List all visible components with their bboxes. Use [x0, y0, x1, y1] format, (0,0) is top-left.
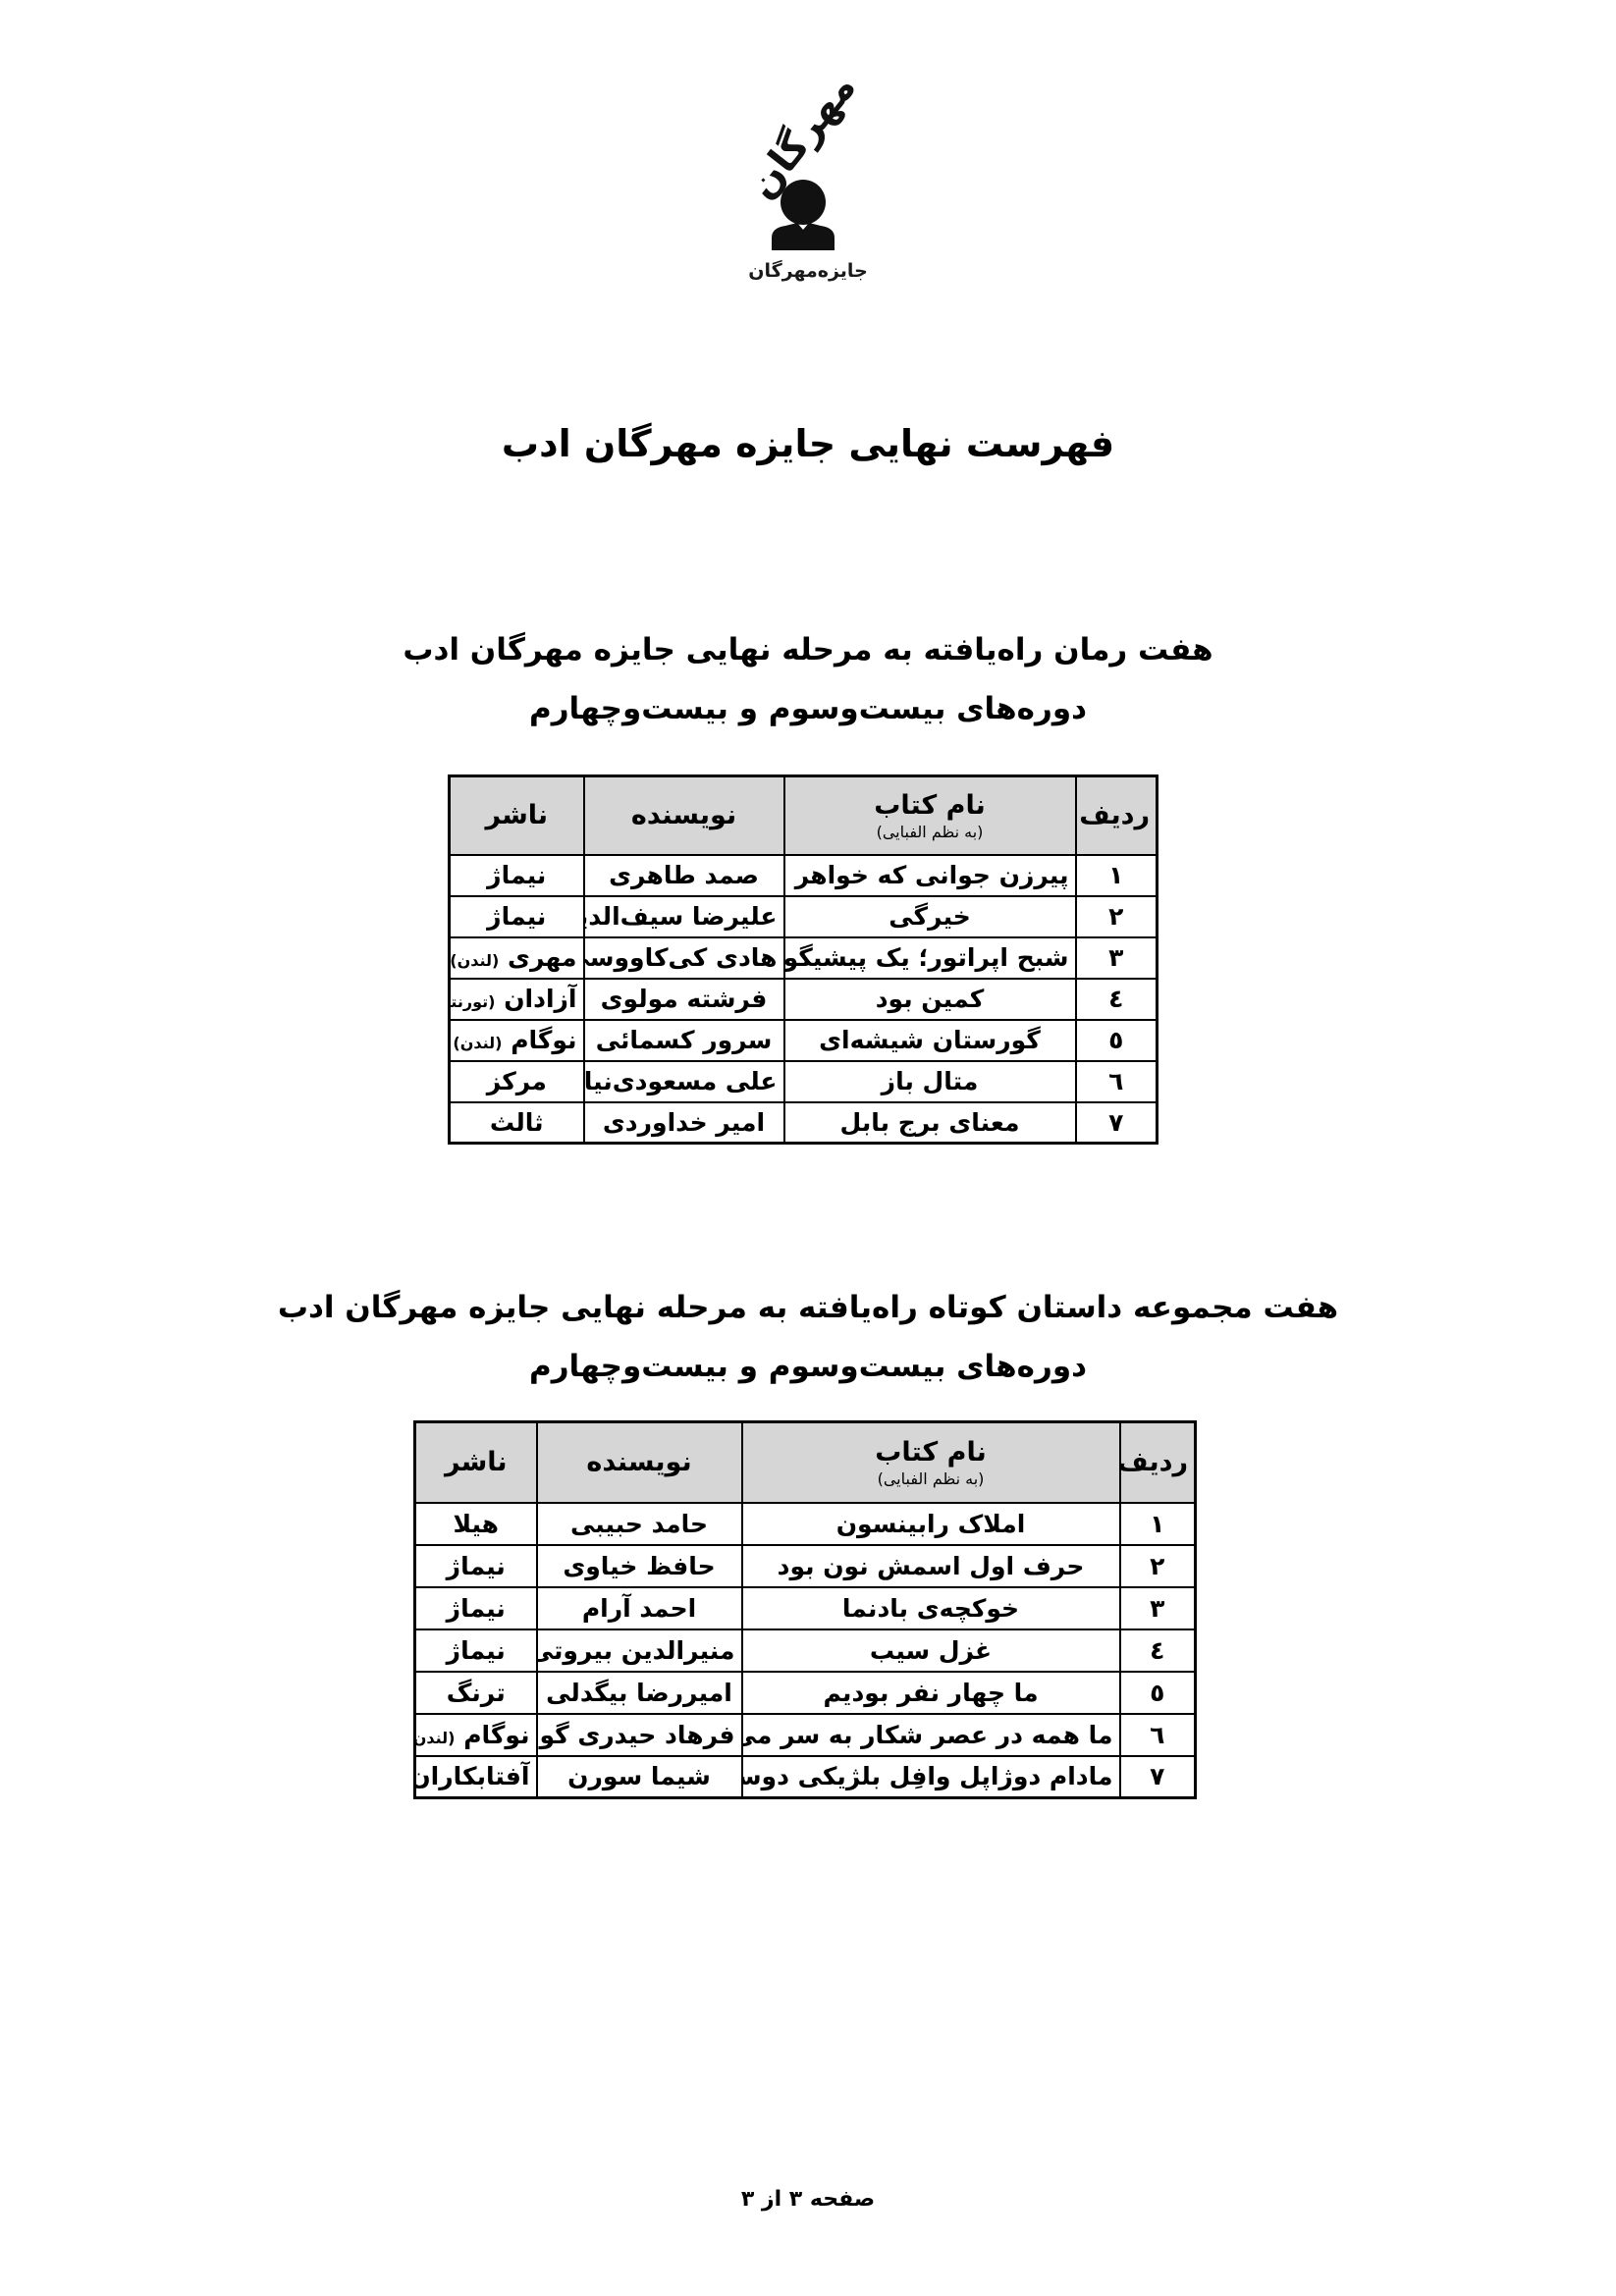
row-number-cell: ٦	[1076, 1061, 1158, 1102]
publisher-cell: مهری (لندن)	[450, 937, 584, 979]
author-cell: حافظ خیاوی	[537, 1545, 742, 1587]
book-title-cell: کمین بود	[784, 979, 1076, 1020]
book-title-cell: معنای برج بابل	[784, 1102, 1076, 1144]
author-cell: صمد طاهری	[584, 855, 784, 896]
row-number-cell: ٤	[1076, 979, 1158, 1020]
publisher-cell: نوگام (لندن)	[450, 1020, 584, 1061]
table-row: ٣ خوکچه‌ی بادنما احمد آرام نیماژ	[415, 1587, 1196, 1629]
author-cell: امیررضا بیگدلی	[537, 1672, 742, 1714]
col-header-book-title-main: نام کتاب	[875, 1437, 986, 1468]
publisher-name: نیماژ	[487, 861, 546, 889]
section-heading-short-stories-line1: هفت مجموعه داستان کوتاه راه‌یافته به مرح…	[0, 1278, 1616, 1337]
table-header-row: ردیف نام کتاب (به نظم الفبایی) نویسنده ن…	[415, 1422, 1196, 1503]
publisher-cell: ثالث	[450, 1102, 584, 1144]
table-row: ٢ خیرگی علیرضا سیف‌الدینی نیماژ	[450, 896, 1158, 937]
table-row: ٥ ما چهار نفر بودیم امیررضا بیگدلی ترنگ	[415, 1672, 1196, 1714]
table-row: ٦ ما همه در عصر شکار به سر می‌بریم فرهاد…	[415, 1714, 1196, 1756]
book-title-cell: متال باز	[784, 1061, 1076, 1102]
author-cell: علیرضا سیف‌الدینی	[584, 896, 784, 937]
mehregan-logo: مهرگان جایزه‌مهرگان	[0, 45, 1616, 282]
publisher-name: هیلا	[453, 1510, 499, 1538]
publisher-city-note: (لندن)	[450, 951, 499, 970]
publisher-cell: آفتابکاران	[415, 1756, 537, 1798]
publisher-cell: نیماژ	[450, 896, 584, 937]
publisher-cell: نیماژ	[415, 1629, 537, 1672]
author-cell: شیما سورن	[537, 1756, 742, 1798]
section-heading-novels: هفت رمان راه‌یافته به مرحله نهایی جایزه …	[0, 620, 1616, 738]
row-number-cell: ٦	[1120, 1714, 1196, 1756]
col-header-row-number: ردیف	[1120, 1422, 1196, 1503]
publisher-cell: نیماژ	[415, 1587, 537, 1629]
row-number-cell: ٧	[1120, 1756, 1196, 1798]
publisher-name: نوگام	[463, 1721, 529, 1749]
publisher-cell: آزادان (تورنتو)	[450, 979, 584, 1020]
col-header-book-title: نام کتاب (به نظم الفبایی)	[784, 776, 1076, 855]
table-header-row: ردیف نام کتاب (به نظم الفبایی) نویسنده ن…	[450, 776, 1158, 855]
author-cell: حامد حبیبی	[537, 1503, 742, 1545]
book-title-cell: ما همه در عصر شکار به سر می‌بریم	[742, 1714, 1120, 1756]
publisher-city-note: (لندن)	[453, 1034, 502, 1052]
publisher-name: نوگام	[511, 1026, 576, 1054]
row-number-cell: ٣	[1120, 1587, 1196, 1629]
finalists-table-novels: ردیف نام کتاب (به نظم الفبایی) نویسنده ن…	[448, 774, 1158, 1145]
author-cell: سرور کسمائی	[584, 1020, 784, 1061]
author-cell: منیرالدین بیروتی	[537, 1629, 742, 1672]
table-row: ٦ متال باز علی مسعودی‌نیا مرکز	[450, 1061, 1158, 1102]
logo-bust-base	[772, 223, 835, 250]
publisher-cell: ترنگ	[415, 1672, 537, 1714]
col-header-row-number: ردیف	[1076, 776, 1158, 855]
author-cell: احمد آرام	[537, 1587, 742, 1629]
publisher-name: نیماژ	[447, 1552, 506, 1580]
table-row: ٧ معنای برج بابل امیر خداوردی ثالث	[450, 1102, 1158, 1144]
section-heading-novels-line1: هفت رمان راه‌یافته به مرحله نهایی جایزه …	[0, 620, 1616, 679]
book-title-cell: پیرزن جوانی که خواهر من بود	[784, 855, 1076, 896]
publisher-name: نیماژ	[487, 902, 546, 931]
col-header-book-title-sub: (به نظم الفبایی)	[791, 823, 1069, 841]
book-title-cell: خوکچه‌ی بادنما	[742, 1587, 1120, 1629]
section-heading-short-stories: هفت مجموعه داستان کوتاه راه‌یافته به مرح…	[0, 1278, 1616, 1396]
col-header-book-title-main: نام کتاب	[874, 790, 985, 821]
book-title-cell: خیرگی	[784, 896, 1076, 937]
table-row: ٥ گورستان شیشه‌ای سرور کسمائی نوگام (لند…	[450, 1020, 1158, 1061]
table-row: ١ املاک رابینسون حامد حبیبی هیلا	[415, 1503, 1196, 1545]
row-number-cell: ٤	[1120, 1629, 1196, 1672]
logo-caption: جایزه‌مهرگان	[748, 260, 868, 282]
publisher-name: ترنگ	[447, 1679, 506, 1707]
publisher-name: آزادان	[504, 985, 576, 1013]
publisher-cell: هیلا	[415, 1503, 537, 1545]
publisher-name: آفتابکاران	[415, 1762, 530, 1790]
book-title-cell: شبح اپراتور؛ یک پیشیگویی	[784, 937, 1076, 979]
publisher-name: نیماژ	[447, 1594, 506, 1623]
document-page: مهرگان جایزه‌مهرگان فهرست نهایی جایزه مه…	[0, 0, 1616, 2296]
col-header-book-title-sub: (به نظم الفبایی)	[749, 1469, 1113, 1488]
author-cell: فرهاد حیدری گوران	[537, 1714, 742, 1756]
table-row: ٧ مادام دوژاپل وافِل بلژیکی دوست داشت شی…	[415, 1756, 1196, 1798]
book-title-cell: ما چهار نفر بودیم	[742, 1672, 1120, 1714]
section-heading-short-stories-line2: دوره‌های بیست‌وسوم و بیست‌وچهارم	[0, 1337, 1616, 1396]
publisher-name: مهری	[508, 943, 576, 972]
finalists-table-short-stories: ردیف نام کتاب (به نظم الفبایی) نویسنده ن…	[413, 1420, 1197, 1799]
publisher-cell: مرکز	[450, 1061, 584, 1102]
publisher-cell: نیماژ	[450, 855, 584, 896]
publisher-cell: نوگام (لندن)	[415, 1714, 537, 1756]
publisher-cell: نیماژ	[415, 1545, 537, 1587]
row-number-cell: ٥	[1076, 1020, 1158, 1061]
publisher-name: مرکز	[487, 1067, 547, 1095]
section-heading-novels-line2: دوره‌های بیست‌وسوم و بیست‌وچهارم	[0, 679, 1616, 738]
table-row: ٣ شبح اپراتور؛ یک پیشیگویی هادی کی‌کاووس…	[450, 937, 1158, 979]
book-title-cell: مادام دوژاپل وافِل بلژیکی دوست داشت	[742, 1756, 1120, 1798]
author-cell: امیر خداوردی	[584, 1102, 784, 1144]
table-row: ٢ حرف اول اسمش نون بود حافظ خیاوی نیماژ	[415, 1545, 1196, 1587]
col-header-book-title: نام کتاب (به نظم الفبایی)	[742, 1422, 1120, 1503]
book-title-cell: املاک رابینسون	[742, 1503, 1120, 1545]
publisher-name: نیماژ	[447, 1636, 506, 1665]
author-cell: فرشته مولوی	[584, 979, 784, 1020]
col-header-publisher: ناشر	[415, 1422, 537, 1503]
publisher-name: ثالث	[490, 1108, 544, 1137]
table-row: ٤ کمین بود فرشته مولوی آزادان (تورنتو)	[450, 979, 1158, 1020]
publisher-city-note: (لندن)	[415, 1729, 456, 1747]
page-number-footer: صفحه ٣ از ٣	[0, 2187, 1616, 2212]
row-number-cell: ٥	[1120, 1672, 1196, 1714]
table-row: ٤ غزل سیب منیرالدین بیروتی نیماژ	[415, 1629, 1196, 1672]
logo-head-circle	[781, 180, 826, 225]
row-number-cell: ٢	[1076, 896, 1158, 937]
mehregan-logo-icon: مهرگان	[720, 45, 896, 256]
author-cell: علی مسعودی‌نیا	[584, 1061, 784, 1102]
col-header-author: نویسنده	[537, 1422, 742, 1503]
row-number-cell: ٢	[1120, 1545, 1196, 1587]
page-title: فهرست نهایی جایزه مهرگان ادب	[0, 422, 1616, 465]
table-row: ١ پیرزن جوانی که خواهر من بود صمد طاهری …	[450, 855, 1158, 896]
book-title-cell: غزل سیب	[742, 1629, 1120, 1672]
row-number-cell: ٧	[1076, 1102, 1158, 1144]
author-cell: هادی کی‌کاووسی	[584, 937, 784, 979]
row-number-cell: ١	[1120, 1503, 1196, 1545]
book-title-cell: گورستان شیشه‌ای	[784, 1020, 1076, 1061]
col-header-publisher: ناشر	[450, 776, 584, 855]
book-title-cell: حرف اول اسمش نون بود	[742, 1545, 1120, 1587]
row-number-cell: ١	[1076, 855, 1158, 896]
col-header-author: نویسنده	[584, 776, 784, 855]
row-number-cell: ٣	[1076, 937, 1158, 979]
publisher-city-note: (تورنتو)	[450, 992, 496, 1011]
